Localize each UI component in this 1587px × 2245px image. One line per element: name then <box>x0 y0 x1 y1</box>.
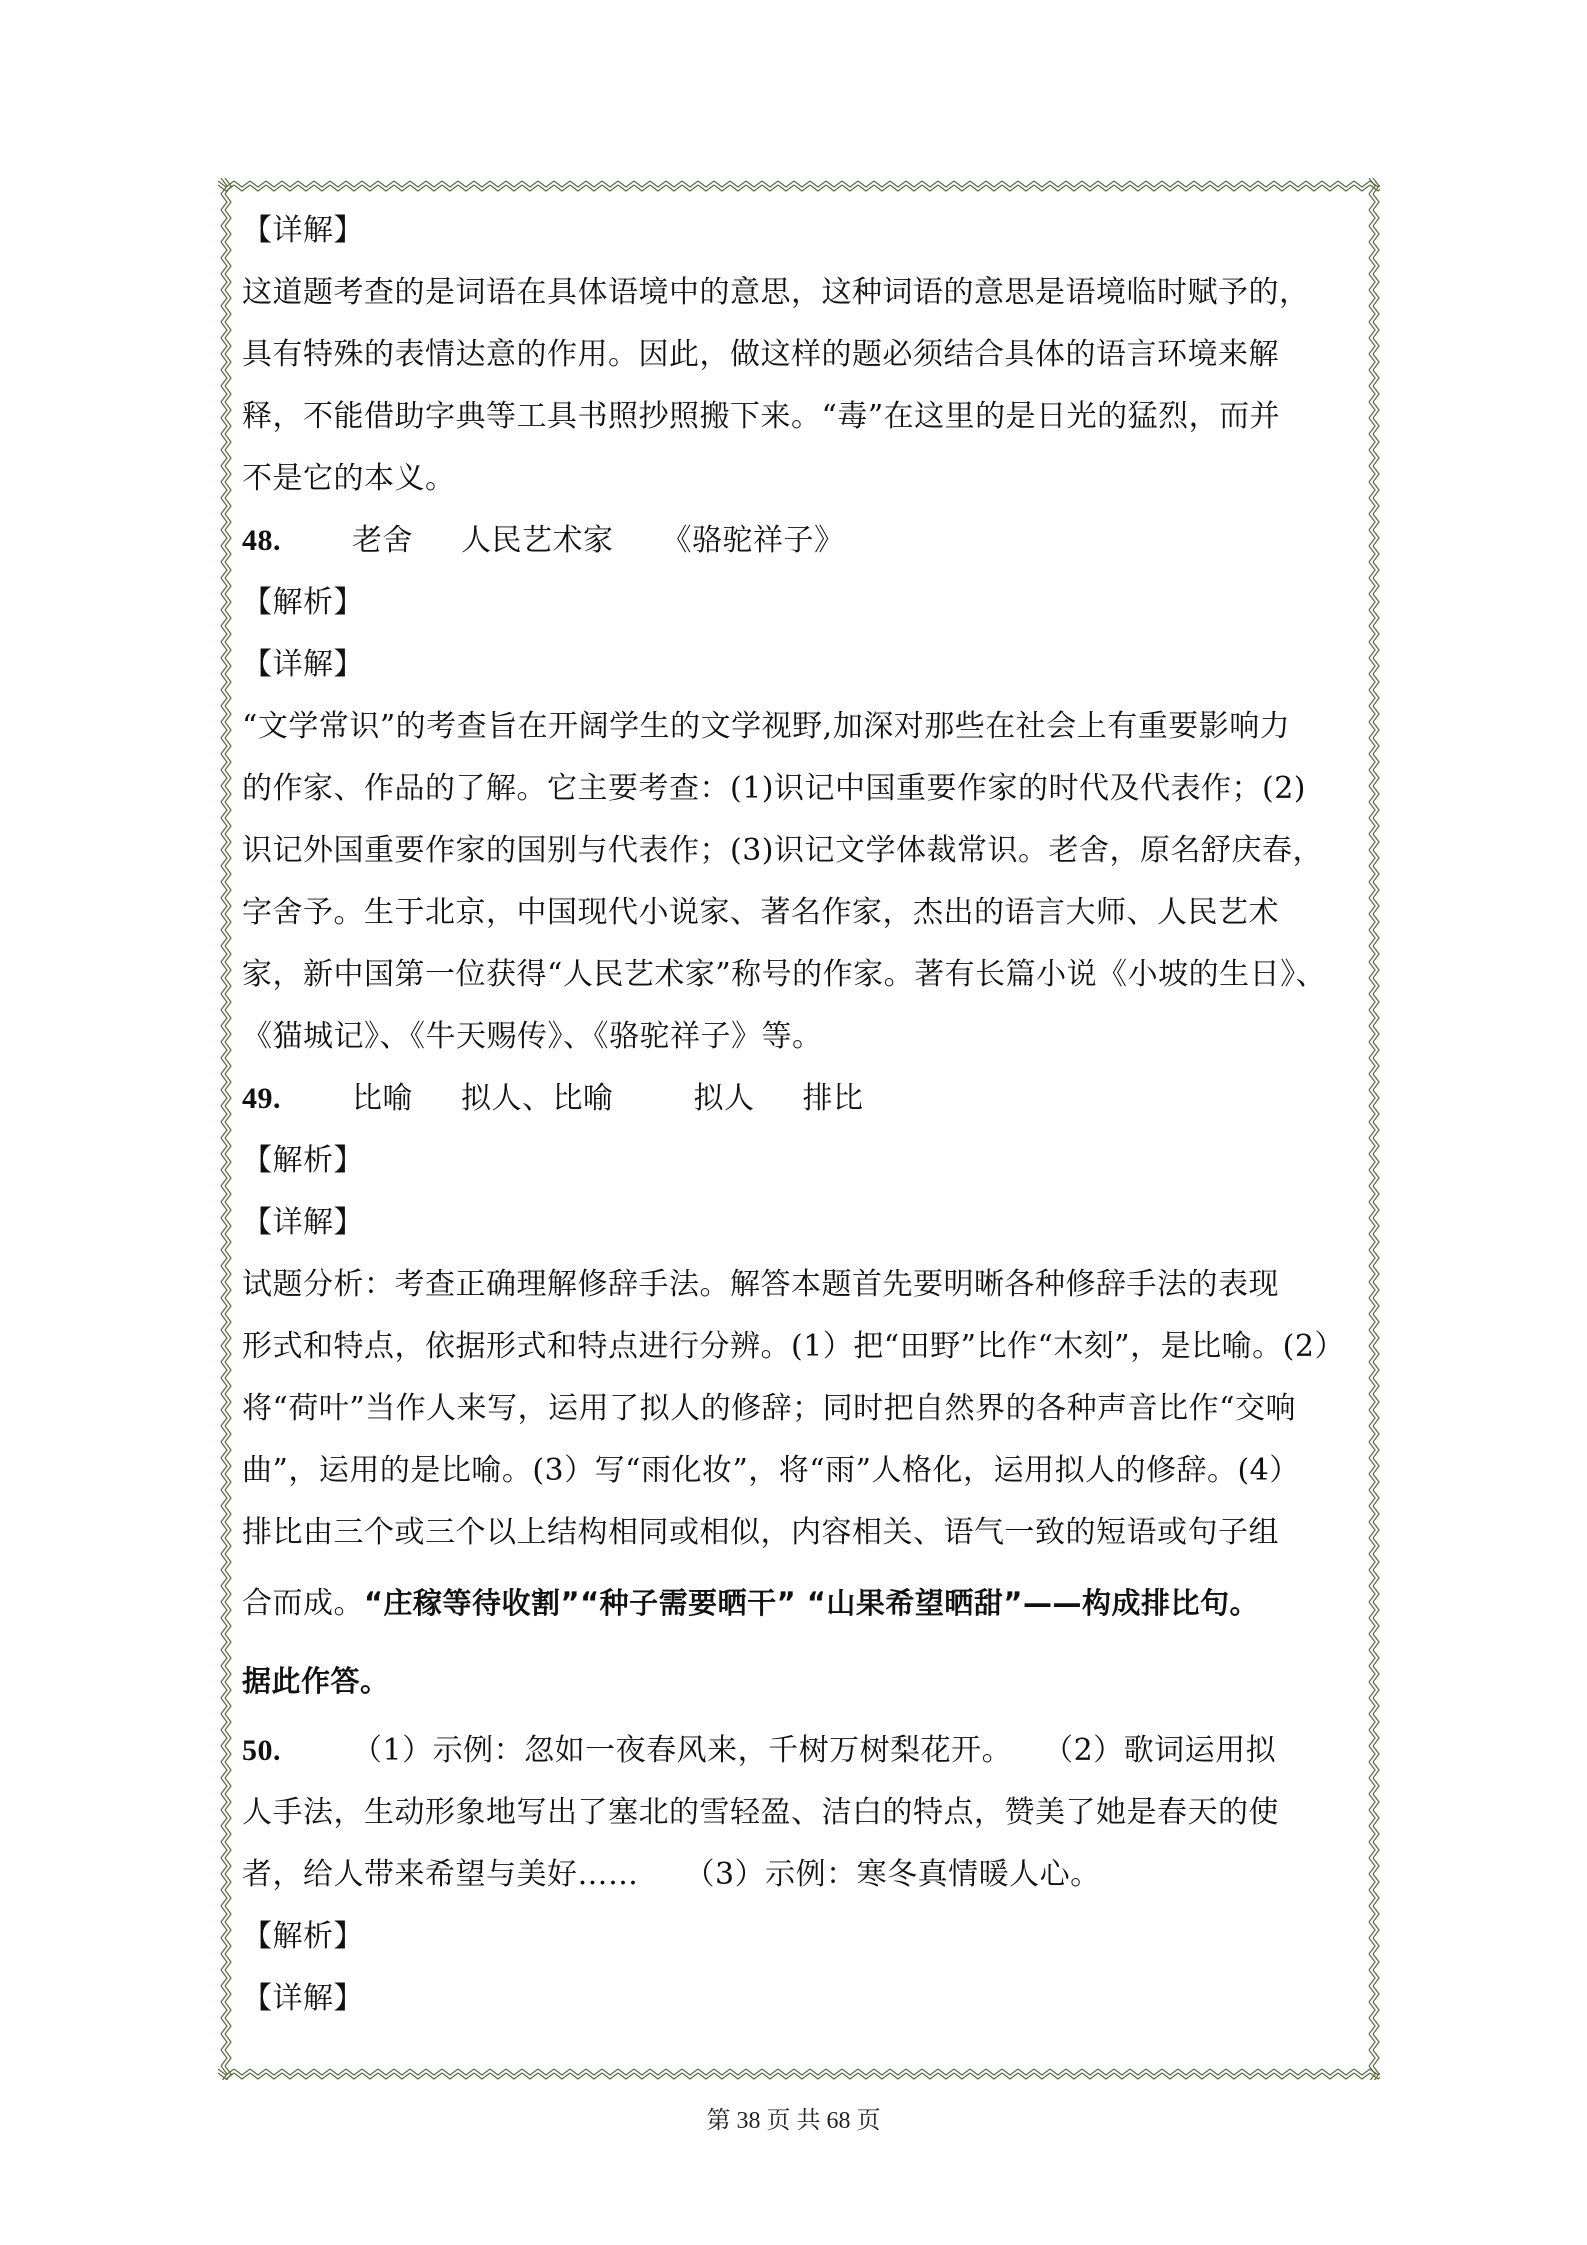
answer-text: （1）示例：忽如一夜春风来，千树万树梨花开。 （2）歌词运用拟 <box>352 1733 1276 1768</box>
question-49-answer: 49.比喻拟人、比喻拟人排比 <box>242 1068 1362 1130</box>
zigzag-border-top <box>218 178 1380 192</box>
detail-label: 【详解】 <box>242 1192 1362 1254</box>
detail-label: 【详解】 <box>242 200 1362 262</box>
paragraph-line-mixed: 合而成。“庄稼等待收割”“种子需要晒干” “山果希望晒甜”——构成排比句。 <box>242 1564 1362 1642</box>
paragraph-line: “文学常识”的考查旨在开阔学生的文学视野,加深对那些在社会上有重要影响力 <box>242 696 1362 758</box>
decorative-page-border: 【详解】 这道题考查的是词语在具体语境中的意思，这种词语的意思是语境临时赋予的，… <box>218 178 1380 2080</box>
paragraph-line: 《猫城记》、《牛天赐传》、《骆驼祥子》等。 <box>242 1006 1362 1068</box>
detail-label: 【详解】 <box>242 634 1362 696</box>
answer-item: 拟人 <box>694 1068 755 1130</box>
paragraph-line: 这道题考查的是词语在具体语境中的意思，这种词语的意思是语境临时赋予的， <box>242 262 1362 324</box>
zigzag-border-left <box>218 178 232 2080</box>
page-number-footer: 第 38 页 共 68 页 <box>0 2100 1587 2135</box>
question-number: 50. <box>242 1720 352 1782</box>
paragraph-line: 曲”，运用的是比喻。(3）写“雨化妆”，将“雨”人格化，运用拟人的修辞。(4） <box>242 1440 1362 1502</box>
paragraph-line: 排比由三个或三个以上结构相同或相似，内容相关、语气一致的短语或句子组 <box>242 1502 1362 1564</box>
answer-item: 人民艺术家 <box>461 510 614 572</box>
answer-item: 《骆驼祥子》 <box>662 510 845 572</box>
answer-item: 排比 <box>803 1068 864 1130</box>
question-50-answer: 50.（1）示例：忽如一夜春风来，千树万树梨花开。 （2）歌词运用拟 <box>242 1720 1362 1782</box>
bold-paragraph-line: 据此作答。 <box>242 1642 1362 1720</box>
paragraph-line: 形式和特点，依据形式和特点进行分辨。(1）把“田野”比作“木刻”，是比喻。(2） <box>242 1316 1362 1378</box>
question-number: 48. <box>242 510 352 572</box>
page-content: 【详解】 这道题考查的是词语在具体语境中的意思，这种词语的意思是语境临时赋予的，… <box>242 200 1362 2030</box>
answer-item: 老舍 <box>352 510 413 572</box>
paragraph-line: 识记外国重要作家的国别与代表作；(3)识记文学体裁常识。老舍，原名舒庆春， <box>242 820 1362 882</box>
paragraph-line: 不是它的本义。 <box>242 448 1362 510</box>
paragraph-line: 人手法，生动形象地写出了塞北的雪轻盈、洁白的特点，赞美了她是春天的使 <box>242 1782 1362 1844</box>
analysis-label: 【解析】 <box>242 1906 1362 1968</box>
paragraph-line: 释，不能借助字典等工具书照抄照搬下来。“毒”在这里的是日光的猛烈，而并 <box>242 386 1362 448</box>
analysis-label: 【解析】 <box>242 572 1362 634</box>
question-48-answer: 48.老舍人民艺术家《骆驼祥子》 <box>242 510 1362 572</box>
paragraph-line: 试题分析：考查正确理解修辞手法。解答本题首先要明晰各种修辞手法的表现 <box>242 1254 1362 1316</box>
paragraph-line: 将“荷叶”当作人来写，运用了拟人的修辞；同时把自然界的各种声音比作“交响 <box>242 1378 1362 1440</box>
detail-label: 【详解】 <box>242 1968 1362 2030</box>
plain-text: 合而成。 <box>242 1586 364 1621</box>
zigzag-border-bottom <box>218 2066 1380 2080</box>
paragraph-line: 具有特殊的表情达意的作用。因此，做这样的题必须结合具体的语言环境来解 <box>242 324 1362 386</box>
answer-item: 拟人、比喻 <box>461 1068 614 1130</box>
paragraph-line: 的作家、作品的了解。它主要考查：(1)识记中国重要作家的时代及代表作；(2) <box>242 758 1362 820</box>
paragraph-line: 者，给人带来希望与美好…… （3）示例：寒冬真情暖人心。 <box>242 1844 1362 1906</box>
paragraph-line: 家，新中国第一位获得“人民艺术家”称号的作家。著有长篇小说《小坡的生日》、 <box>242 944 1362 1006</box>
bold-text: “庄稼等待收割”“种子需要晒干” “山果希望晒甜”——构成排比句。 <box>364 1586 1259 1620</box>
answer-item: 比喻 <box>352 1068 413 1130</box>
question-number: 49. <box>242 1068 352 1130</box>
paragraph-line: 字舍予。生于北京，中国现代小说家、著名作家，杰出的语言大师、人民艺术 <box>242 882 1362 944</box>
zigzag-border-right <box>1366 178 1380 2080</box>
analysis-label: 【解析】 <box>242 1130 1362 1192</box>
